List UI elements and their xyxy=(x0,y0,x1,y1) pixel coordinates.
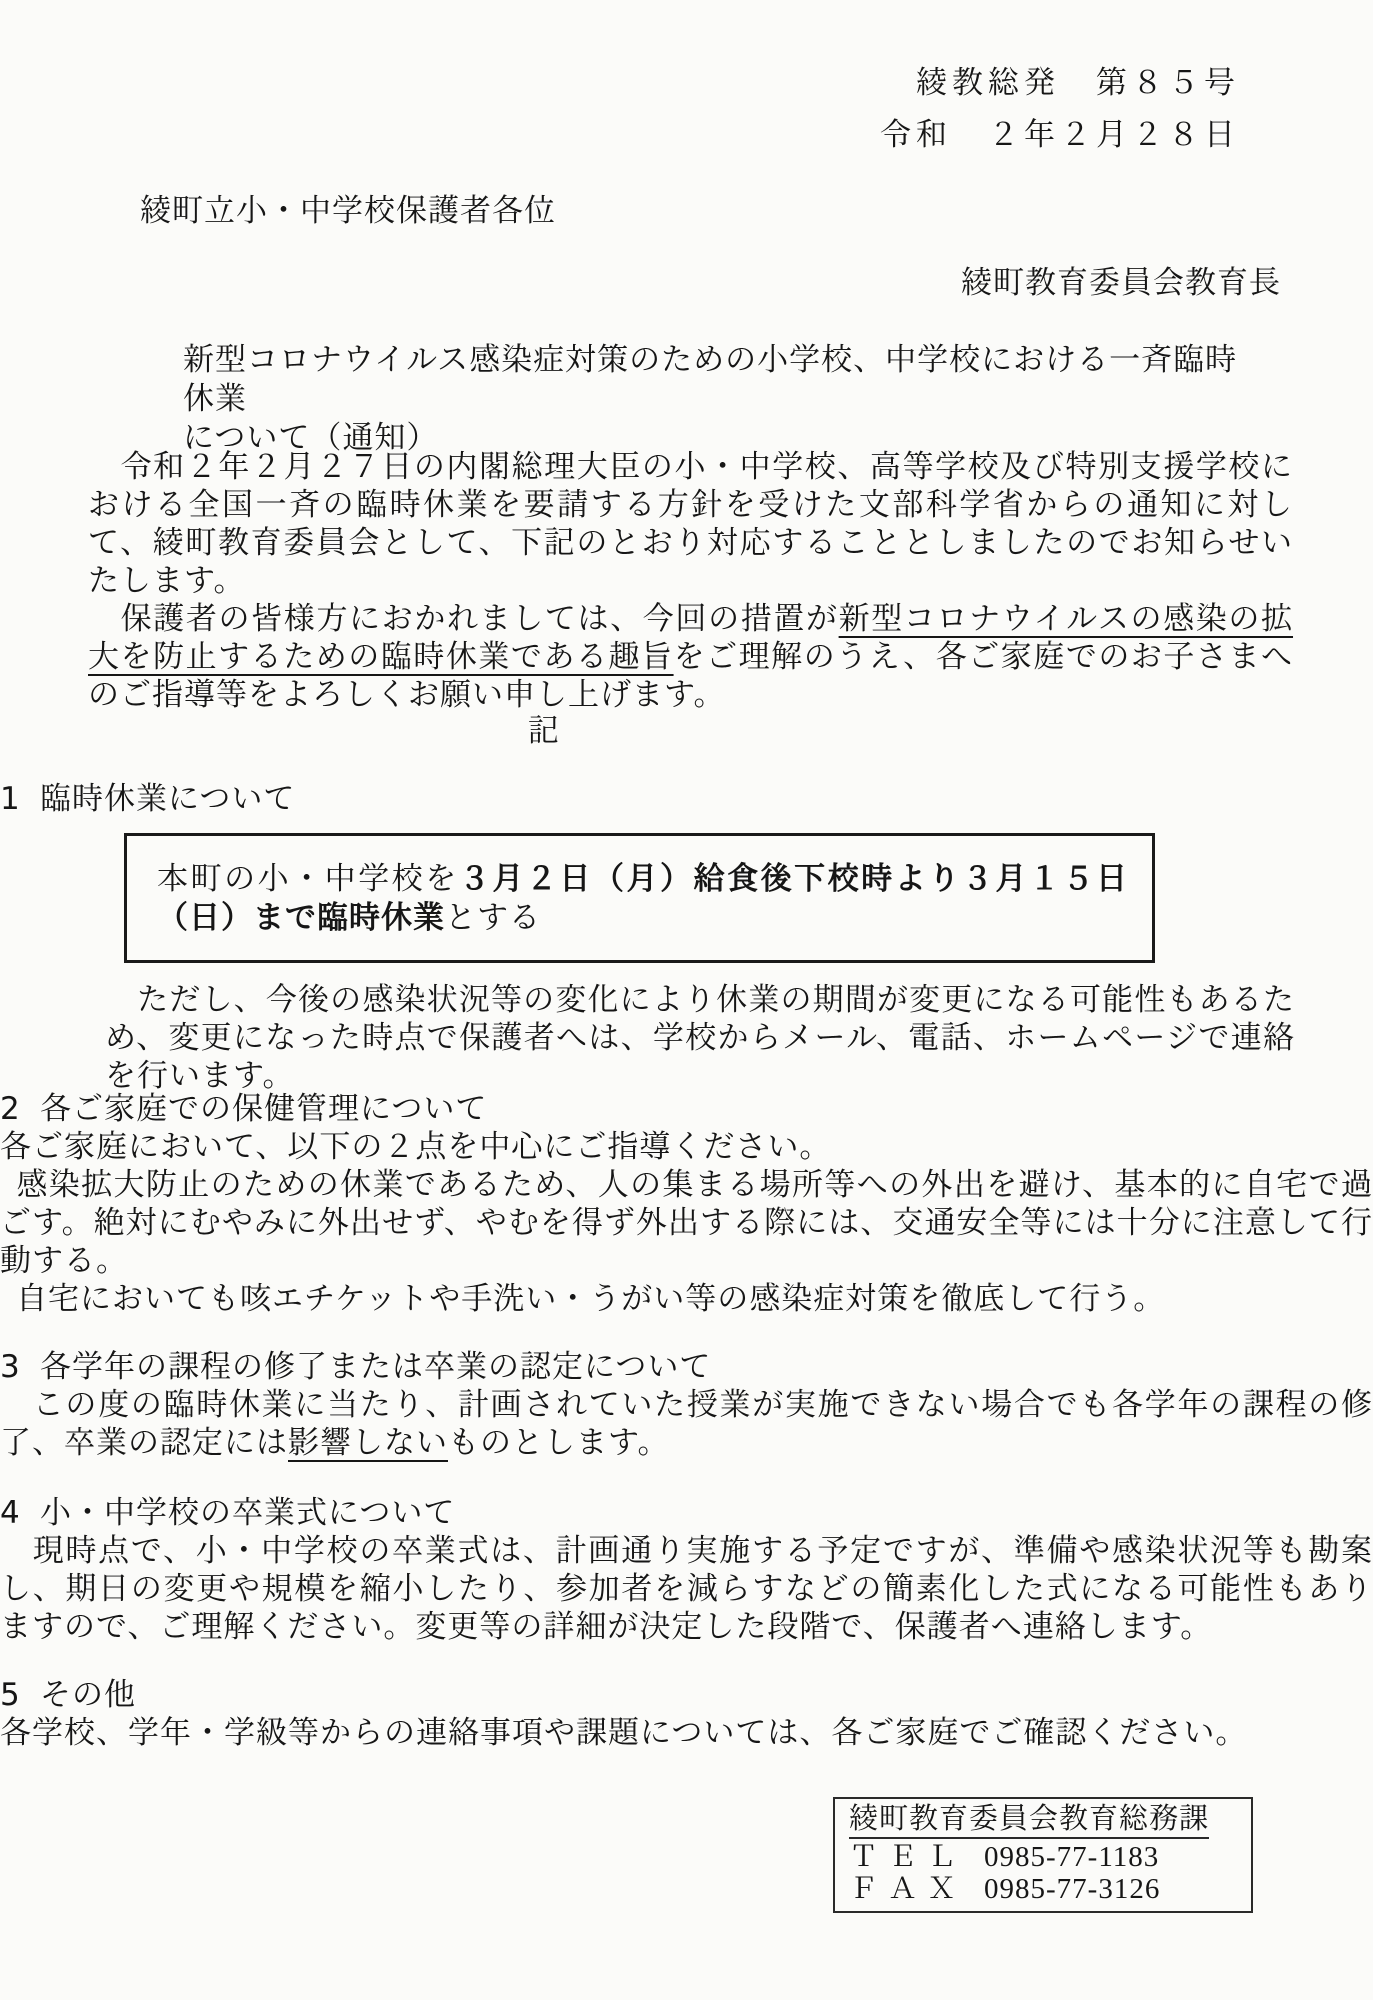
section-2-bullet-1: ○感染拡大防止のための休業であるため、人の集まる場所等への外出を避け、基本的に自… xyxy=(0,1166,1373,1280)
section-2-intro: 各ご家庭において、以下の２点を中心にご指導ください。 xyxy=(0,1128,1373,1166)
section-2-bullet-2: ○自宅においても咳エチケットや手洗い・うがい等の感染症対策を徹底して行う。 xyxy=(0,1280,1373,1318)
section-2-heading-text: 各ご家庭での保健管理について xyxy=(40,1091,487,1127)
intro-paragraphs: 令和２年２月２７日の内閣総理大臣の小・中学校、高等学校及び特別支援学校における全… xyxy=(88,448,1293,714)
sender: 綾町教育委員会教育長 xyxy=(961,264,1281,302)
section-1-number: 1 xyxy=(0,780,40,818)
section-2: 2各ご家庭での保健管理について 各ご家庭において、以下の２点を中心にご指導くださ… xyxy=(0,1090,1373,1318)
section-3-body-post: ものとします。 xyxy=(448,1425,670,1461)
contact-tel-line: ＴＥＬ0985-77-1183 xyxy=(849,1841,1237,1873)
section-5-heading-text: その他 xyxy=(40,1677,136,1713)
section-3: 3各学年の課程の修了または卒業の認定について この度の臨時休業に当たり、計画され… xyxy=(0,1348,1373,1462)
title-line-1: 新型コロナウイルス感染症対策のための小学校、中学校における一斉臨時休業 xyxy=(183,341,1258,419)
section-1: 1臨時休業について xyxy=(0,780,1373,818)
document-title: 新型コロナウイルス感染症対策のための小学校、中学校における一斉臨時休業 について… xyxy=(183,341,1258,458)
section-2-bullet-2-text: 自宅においても咳エチケットや手洗い・うがい等の感染症対策を徹底して行う。 xyxy=(16,1281,1165,1317)
section-5: 5その他 各学校、学年・学級等からの連絡事項や課題については、各ご家庭でご確認く… xyxy=(0,1676,1373,1752)
tel-number: 0985-77-1183 xyxy=(984,1841,1159,1873)
intro-paragraph-2: 保護者の皆様方におかれましては、今回の措置が新型コロナウイルスの感染の拡大を防止… xyxy=(88,600,1293,714)
section-3-body-pre: この度の臨時休業に当たり、計画されていた授業が実施できない場合でも各学年の課程の… xyxy=(0,1387,1373,1461)
section-4: 4小・中学校の卒業式について 現時点で、小・中学校の卒業式は、計画通り実施する予… xyxy=(0,1494,1373,1646)
ki-marker: 記 xyxy=(528,712,560,750)
fax-number: 0985-77-3126 xyxy=(984,1873,1160,1905)
intro-paragraph-1: 令和２年２月２７日の内閣総理大臣の小・中学校、高等学校及び特別支援学校における全… xyxy=(88,448,1293,600)
closure-box-post: とする xyxy=(445,900,541,936)
section-5-number: 5 xyxy=(0,1676,40,1714)
contact-box: 綾町教育委員会教育総務課 ＴＥＬ0985-77-1183 ＦＡＸ0985-77-… xyxy=(833,1797,1253,1913)
section-4-heading-text: 小・中学校の卒業式について xyxy=(40,1495,455,1531)
section-1-note: ただし、今後の感染状況等の変化により休業の期間が変更になる可能性もあるため、変更… xyxy=(105,981,1295,1095)
tel-label: ＴＥＬ xyxy=(849,1841,966,1873)
section-2-heading: 2各ご家庭での保健管理について xyxy=(0,1090,1373,1128)
doc-date: 令和 ２年２月２８日 xyxy=(880,116,1240,154)
intro-paragraph-2-pre: 保護者の皆様方におかれましては、今回の措置が xyxy=(88,601,839,637)
section-1-heading-text: 臨時休業について xyxy=(40,781,295,817)
doc-number: 綾教総発 第８５号 xyxy=(916,64,1240,102)
closure-period-box: 本町の小・中学校を３月２日（月）給食後下校時より３月１５日（日）まで臨時休業とす… xyxy=(124,833,1155,963)
section-5-body: 各学校、学年・学級等からの連絡事項や課題については、各ご家庭でご確認ください。 xyxy=(0,1714,1373,1752)
section-5-heading: 5その他 xyxy=(0,1676,1373,1714)
section-4-body: 現時点で、小・中学校の卒業式は、計画通り実施する予定ですが、準備や感染状況等も勘… xyxy=(0,1532,1373,1646)
document-page: 綾教総発 第８５号 令和 ２年２月２８日 綾町立小・中学校保護者各位 綾町教育委… xyxy=(0,0,1373,2000)
section-2-number: 2 xyxy=(0,1090,40,1128)
contact-department: 綾町教育委員会教育総務課 xyxy=(849,1803,1209,1839)
contact-fax-line: ＦＡＸ0985-77-3126 xyxy=(849,1873,1237,1905)
section-1-heading: 1臨時休業について xyxy=(0,780,1373,818)
fax-label: ＦＡＸ xyxy=(849,1873,966,1905)
section-4-number: 4 xyxy=(0,1494,40,1532)
section-4-heading: 4小・中学校の卒業式について xyxy=(0,1494,1373,1532)
section-3-number: 3 xyxy=(0,1348,40,1386)
section-3-body-underlined: 影響しない xyxy=(288,1425,448,1461)
addressee: 綾町立小・中学校保護者各位 xyxy=(140,192,556,230)
section-2-bullet-1-text: 感染拡大防止のための休業であるため、人の集まる場所等への外出を避け、基本的に自宅… xyxy=(0,1167,1373,1279)
section-3-heading: 3各学年の課程の修了または卒業の認定について xyxy=(0,1348,1373,1386)
section-3-body: この度の臨時休業に当たり、計画されていた授業が実施できない場合でも各学年の課程の… xyxy=(0,1386,1373,1462)
section-3-heading-text: 各学年の課程の修了または卒業の認定について xyxy=(40,1349,711,1385)
closure-box-pre: 本町の小・中学校を xyxy=(157,861,459,897)
